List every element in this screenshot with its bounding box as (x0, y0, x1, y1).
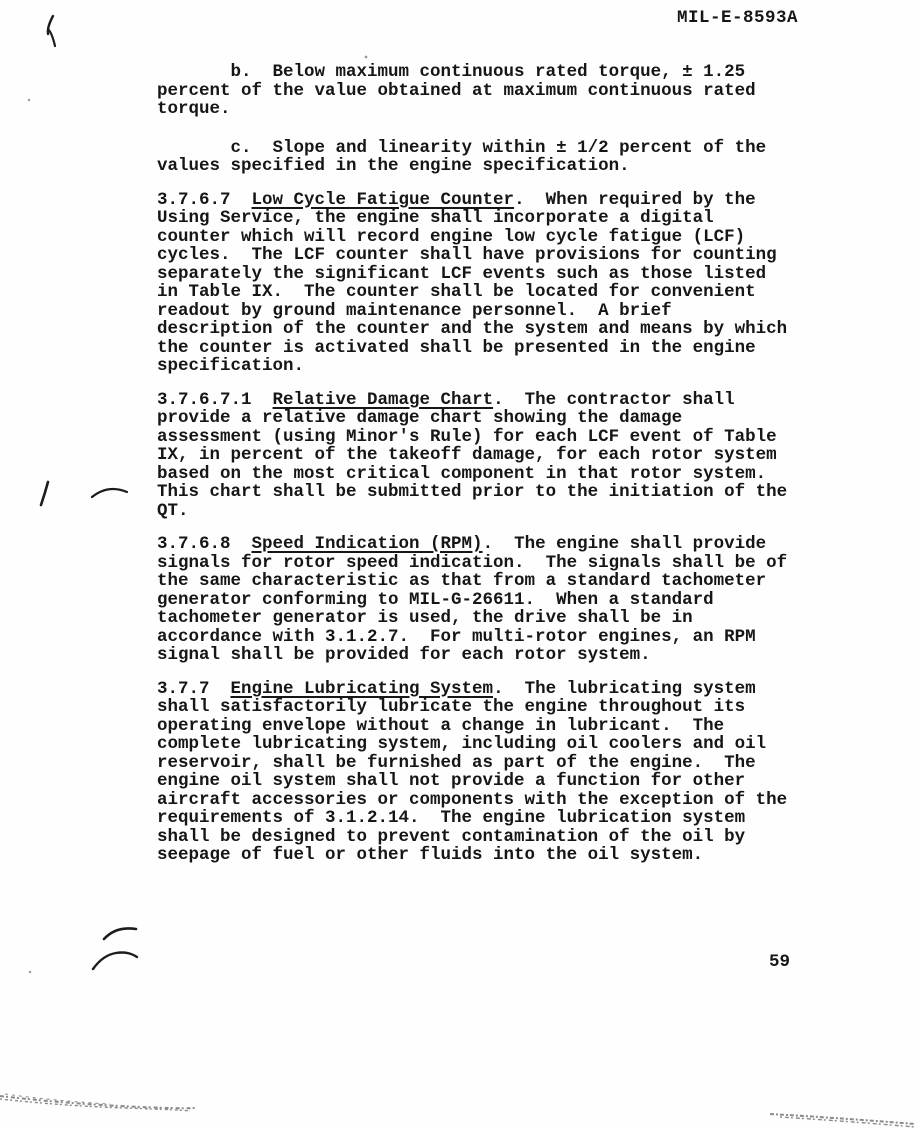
section-number: 3.7.6.7 (157, 190, 252, 210)
section-title: Engine Lubricating System (231, 679, 494, 699)
section-heading-line: 3.7.6.7 Low Cycle Fatigue Counter. When … (157, 191, 837, 210)
pen-mark-curve-left-margin (92, 489, 127, 497)
text-line: QT. (157, 502, 837, 521)
document-body: b. Below maximum continuous rated torque… (157, 63, 837, 880)
section-heading-rest: . When required by the (514, 190, 756, 210)
section-3-7-6-7: 3.7.6.7 Low Cycle Fatigue Counter. When … (157, 191, 837, 376)
text-line: generator conforming to MIL-G-26611. Whe… (157, 591, 837, 610)
text-line: operating envelope without a change in l… (157, 717, 837, 736)
text-line: This chart shall be submitted prior to t… (157, 483, 837, 502)
text-line: cycles. The LCF counter shall have provi… (157, 246, 837, 265)
scanned-document-page: MIL-E-8593A b. Below maximum continuous … (0, 0, 915, 1128)
text-line: seepage of fuel or other fluids into the… (157, 846, 837, 865)
text-line: the counter is activated shall be presen… (157, 339, 837, 358)
section-number: 3.7.6.8 (157, 534, 252, 554)
section-title: Relative Damage Chart (273, 390, 494, 410)
section-3-7-7: 3.7.7 Engine Lubricating System. The lub… (157, 680, 837, 865)
pen-mark-top-left (48, 16, 55, 46)
text-line: in Table IX. The counter shall be locate… (157, 283, 837, 302)
text-line: accordance with 3.1.2.7. For multi-rotor… (157, 628, 837, 647)
section-title: Speed Indication (RPM) (252, 534, 483, 554)
text-line: signal shall be provided for each rotor … (157, 646, 837, 665)
section-heading-line: 3.7.6.7.1 Relative Damage Chart. The con… (157, 391, 837, 410)
paragraph-item-c: c. Slope and linearity within ± 1/2 perc… (157, 139, 837, 176)
pen-mark-curl-lower (93, 953, 137, 970)
section-3-7-6-8: 3.7.6.8 Speed Indication (RPM). The engi… (157, 535, 837, 665)
text-line: shall be designed to prevent contaminati… (157, 828, 837, 847)
text-line: counter which will record engine low cyc… (157, 228, 837, 247)
text-line: aircraft accessories or components with … (157, 791, 837, 810)
text-line: IX, in percent of the takeoff damage, fo… (157, 446, 837, 465)
section-title: Low Cycle Fatigue Counter (252, 190, 515, 210)
section-number: 3.7.6.7.1 (157, 390, 273, 410)
paragraph-item-b: b. Below maximum continuous rated torque… (157, 63, 837, 119)
torn-edge-artifact-bottom-right (770, 1114, 915, 1127)
text-line: percent of the value obtained at maximum… (157, 82, 837, 101)
page-number: 59 (769, 952, 790, 972)
section-heading-line: 3.7.6.8 Speed Indication (RPM). The engi… (157, 535, 837, 554)
section-3-7-6-7-1: 3.7.6.7.1 Relative Damage Chart. The con… (157, 391, 837, 521)
text-line: specification. (157, 357, 837, 376)
torn-edge-artifact-bottom-left (0, 1094, 195, 1111)
text-line: values specified in the engine specifica… (157, 157, 837, 176)
text-line: signals for rotor speed indication. The … (157, 554, 837, 573)
section-heading-rest: . The contractor shall (493, 390, 735, 410)
text-line: the same characteristic as that from a s… (157, 572, 837, 591)
text-line: provide a relative damage chart showing … (157, 409, 837, 428)
text-line: description of the counter and the syste… (157, 320, 837, 339)
text-line: engine oil system shall not provide a fu… (157, 772, 837, 791)
pen-mark-curl-upper (104, 928, 136, 939)
text-line: requirements of 3.1.2.14. The engine lub… (157, 809, 837, 828)
text-line: complete lubricating system, including o… (157, 735, 837, 754)
document-id-header: MIL-E-8593A (677, 8, 798, 28)
text-line: torque. (157, 100, 837, 119)
pen-mark-slash-left-margin (41, 482, 48, 505)
text-line: readout by ground maintenance personnel.… (157, 302, 837, 321)
section-heading-rest: . The lubricating system (493, 679, 756, 699)
text-line: shall satisfactorily lubricate the engin… (157, 698, 837, 717)
text-line: Using Service, the engine shall incorpor… (157, 209, 837, 228)
text-line: b. Below maximum continuous rated torque… (157, 63, 837, 82)
text-line: separately the significant LCF events su… (157, 265, 837, 284)
text-line: assessment (using Minor's Rule) for each… (157, 428, 837, 447)
text-line: based on the most critical component in … (157, 465, 837, 484)
text-line: c. Slope and linearity within ± 1/2 perc… (157, 139, 837, 158)
section-heading-line: 3.7.7 Engine Lubricating System. The lub… (157, 680, 837, 699)
text-line: tachometer generator is used, the drive … (157, 609, 837, 628)
section-number: 3.7.7 (157, 679, 231, 699)
section-heading-rest: . The engine shall provide (483, 534, 767, 554)
text-line: reservoir, shall be furnished as part of… (157, 754, 837, 773)
